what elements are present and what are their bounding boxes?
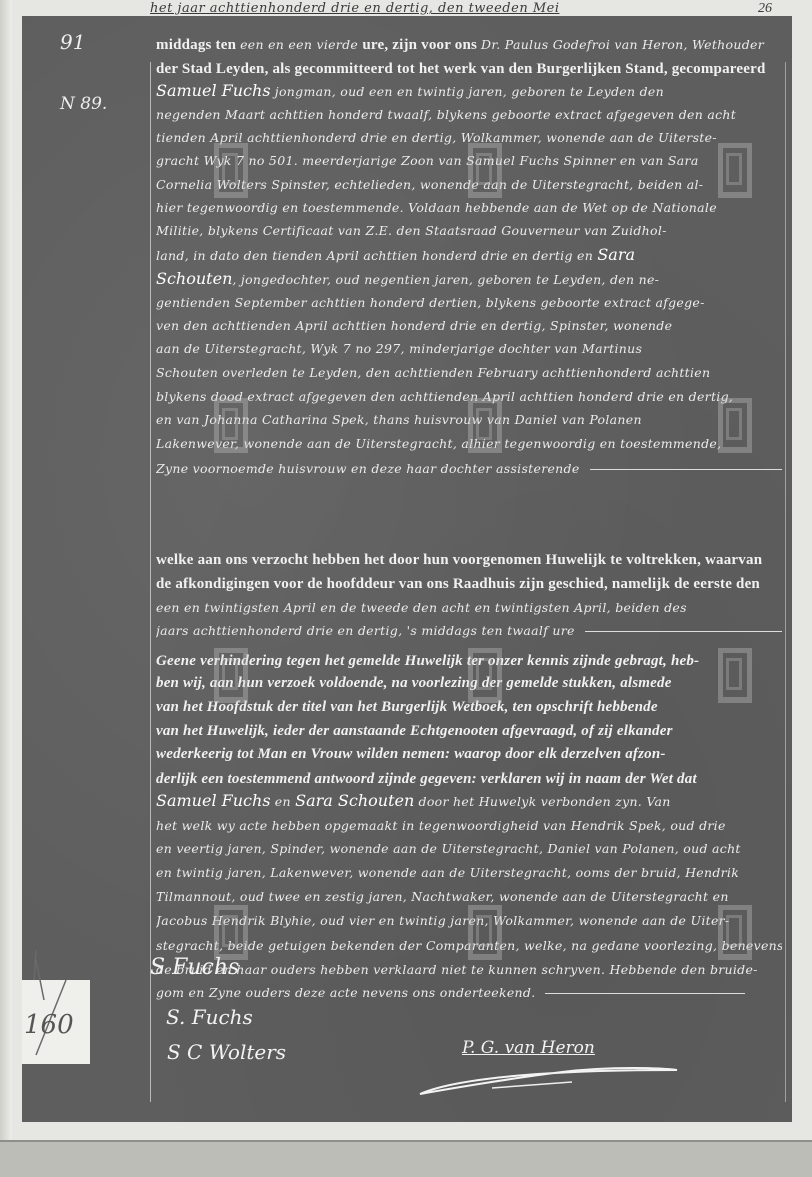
handwritten-text: aan de Uiterstegracht, Wyk 7 no 297, min…: [156, 341, 642, 356]
record-line: en twintig jaren, Lakenwever, wonende aa…: [156, 864, 782, 882]
archive-watermark-icon: [718, 143, 752, 198]
record-line: derlijk een toestemmend antwoord zijnde …: [156, 770, 782, 788]
signature-groom: S Fuchs: [150, 955, 239, 980]
handwritten-text: een en een vierde: [240, 37, 362, 52]
person-name: Schouten: [156, 270, 232, 289]
margin-rule-right: [785, 62, 786, 1102]
handwritten-text: door het Huwelyk verbonden zyn. Van: [414, 794, 670, 809]
record-line: middags ten een en een vierde ure, zijn …: [156, 36, 782, 54]
handwritten-text: en veertig jaren, Spinder, wonende aan d…: [156, 841, 741, 856]
printed-text: wederkeerig tot Man en Vrouw wilden neme…: [156, 746, 666, 762]
person-name: Sara: [597, 246, 635, 265]
archive-mark-icon: [16, 940, 76, 1060]
handwritten-text: Schouten overleden te Leyden, den achtti…: [156, 365, 710, 380]
archive-watermark-icon: [214, 905, 248, 960]
handwritten-text: land, in dato den tienden April achttien…: [156, 248, 597, 263]
handwritten-text: en: [271, 794, 296, 809]
handwritten-text: het welk wy acte hebben opgemaakt in teg…: [156, 818, 726, 833]
handwritten-text: hier tegenwoordig en toestemmende. Volda…: [156, 200, 717, 215]
handwritten-text: gom en Zyne ouders deze acte nevens ons …: [156, 985, 535, 1000]
archive-watermark-icon: [718, 905, 752, 960]
signature-mother: S C Wolters: [167, 1040, 286, 1064]
handwritten-text: Militie, blykens Certificaat van Z.E. de…: [156, 223, 667, 238]
archive-watermark-icon: [718, 648, 752, 703]
printed-text: derlijk een toestemmend antwoord zijnde …: [156, 771, 697, 787]
handwritten-text: , jongedochter, oud negentien jaren, geb…: [232, 272, 659, 287]
handwritten-text: negenden Maart achttien honderd twaalf, …: [156, 107, 736, 122]
signature-flourish-icon: [412, 1060, 692, 1100]
record-line: Militie, blykens Certificaat van Z.E. de…: [156, 222, 782, 240]
handwritten-text: een en twintigsten April en de tweede de…: [156, 600, 687, 615]
record-line: jaars achttienhonderd drie en dertig, 's…: [156, 622, 782, 640]
printed-text: der Stad Leyden, als gecommitteerd tot h…: [156, 61, 766, 77]
handwritten-text: ven den achttienden April achttien honde…: [156, 318, 672, 333]
page-number: 26: [758, 1, 772, 17]
record-line: Schouten, jongedochter, oud negentien ja…: [156, 270, 782, 289]
fill-dash: [545, 993, 745, 994]
record-line: gom en Zyne ouders deze acte nevens ons …: [156, 984, 782, 1002]
handwritten-text: Tilmannout, oud twee en zestig jaren, Na…: [156, 889, 729, 904]
record-line: wederkeerig tot Man en Vrouw wilden neme…: [156, 745, 782, 763]
archive-watermark-icon: [214, 143, 248, 198]
record-line: en veertig jaren, Spinder, wonende aan d…: [156, 840, 782, 858]
record-line: Zyne voornoemde huisvrouw en deze haar d…: [156, 460, 782, 478]
record-line: een en twintigsten April en de tweede de…: [156, 599, 782, 617]
signature-father: S. Fuchs: [166, 1005, 253, 1029]
printed-text: welke aan ons verzocht hebben het door h…: [156, 552, 762, 568]
record-line: de afkondigingen voor de hoofddeur van o…: [156, 575, 782, 593]
handwritten-text: gentienden September achttien honderd de…: [156, 295, 705, 310]
record-line: van het Huwelijk, ieder der aanstaande E…: [156, 722, 782, 740]
record-line: gentienden September achttien honderd de…: [156, 294, 782, 312]
fill-dash: [585, 631, 782, 632]
act-number: 91: [60, 30, 85, 54]
handwritten-text: jaars achttienhonderd drie en dertig, 's…: [156, 623, 575, 638]
archive-watermark-icon: [214, 648, 248, 703]
person-name: Samuel Fuchs: [156, 792, 271, 811]
handwritten-text: Zyne voornoemde huisvrouw en deze haar d…: [156, 461, 580, 476]
archive-number: 160: [24, 1010, 74, 1040]
archive-watermark-icon: [468, 143, 502, 198]
person-name: Sara Schouten: [295, 792, 414, 811]
record-line: hier tegenwoordig en toestemmende. Volda…: [156, 199, 782, 217]
register-number: N 89.: [60, 94, 107, 114]
record-line: Schouten overleden te Leyden, den achtti…: [156, 364, 782, 382]
archive-watermark-icon: [468, 905, 502, 960]
printed-text: van het Huwelijk, ieder der aanstaande E…: [156, 723, 673, 739]
archive-watermark-icon: [214, 398, 248, 453]
handwritten-text: jongman, oud een en twintig jaren, gebor…: [271, 84, 664, 99]
person-name: Samuel Fuchs: [156, 82, 271, 101]
record-line: de bruid en haar ouders hebben verklaard…: [156, 961, 782, 979]
handwritten-text: en twintig jaren, Lakenwever, wonende aa…: [156, 865, 739, 880]
printed-text: ure, zijn voor ons: [362, 37, 481, 53]
record-line: het welk wy acte hebben opgemaakt in teg…: [156, 817, 782, 835]
handwritten-text: Dr. Paulus Godefroi van Heron, Wethouder: [481, 37, 764, 52]
record-line: negenden Maart achttien honderd twaalf, …: [156, 106, 782, 124]
record-line: welke aan ons verzocht hebben het door h…: [156, 551, 782, 569]
margin-rule-left: [150, 62, 151, 1102]
record-line: Samuel Fuchs en Sara Schouten door het H…: [156, 792, 782, 811]
fill-dash: [590, 469, 782, 470]
signature-official: P. G. van Heron: [462, 1038, 595, 1058]
record-line: aan de Uiterstegracht, Wyk 7 no 297, min…: [156, 340, 782, 358]
printed-text: de afkondigingen voor de hoofddeur van o…: [156, 576, 760, 592]
archive-watermark-icon: [468, 648, 502, 703]
archive-watermark-icon: [718, 398, 752, 453]
record-line: land, in dato den tienden April achttien…: [156, 246, 782, 265]
record-line: der Stad Leyden, als gecommitteerd tot h…: [156, 60, 782, 78]
record-line: Samuel Fuchs jongman, oud een en twintig…: [156, 82, 782, 101]
printed-text: middags ten: [156, 37, 240, 53]
scan-bottom-edge: [0, 1140, 812, 1177]
header-note: het jaar achttienhonderd drie en dertig,…: [150, 1, 650, 16]
handwritten-text: de bruid en haar ouders hebben verklaard…: [156, 962, 758, 977]
paper-edge: [0, 0, 12, 1177]
archive-watermark-icon: [468, 398, 502, 453]
record-line: Tilmannout, oud twee en zestig jaren, Na…: [156, 888, 782, 906]
record-line: ven den achttienden April achttien honde…: [156, 317, 782, 335]
